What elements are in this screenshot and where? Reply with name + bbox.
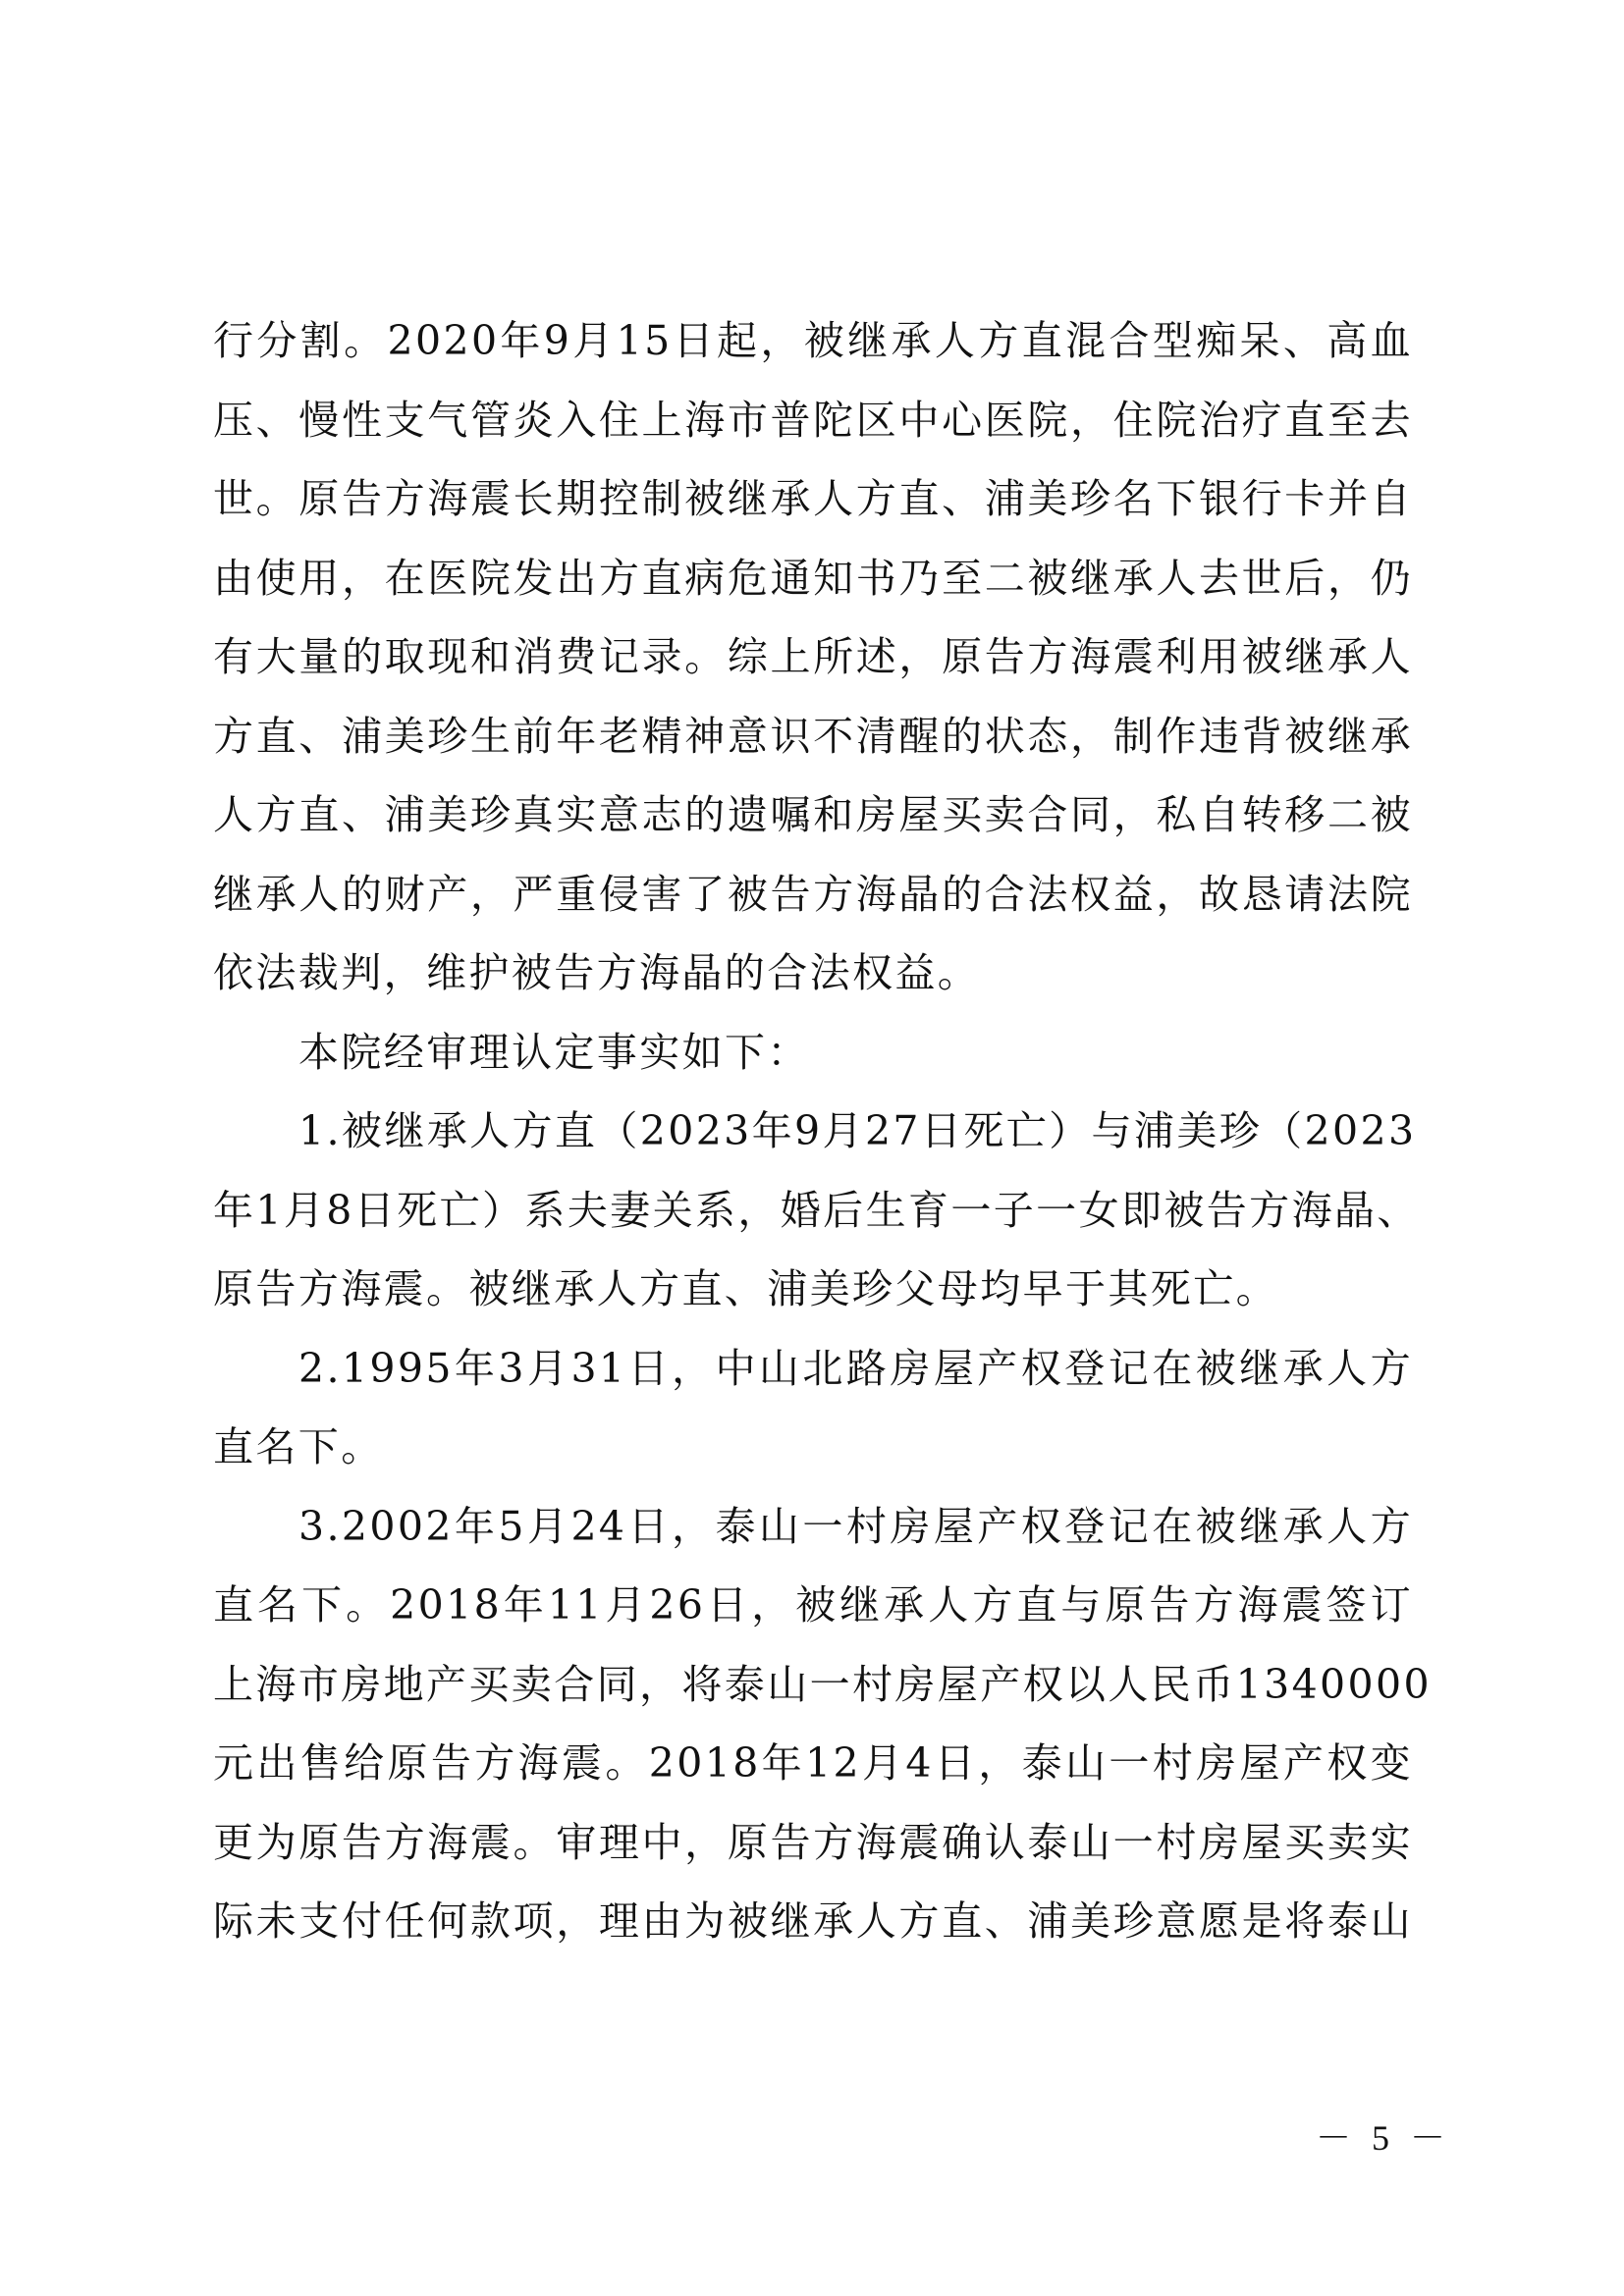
text-line: 由使用，在医院发出方直病危通知书乃至二被继承人去世后，仍 xyxy=(213,539,1413,618)
text-line: 依法裁判，维护被告方海晶的合法权益。 xyxy=(213,934,1413,1013)
finding-3-line: 更为原告方海震。审理中，原告方海震确认泰山一村房屋买卖实 xyxy=(213,1803,1413,1883)
text-line: 人方直、浦美珍真实意志的遗嘱和房屋买卖合同，私自转移二被 xyxy=(213,775,1413,855)
text-line: 行分割。2020年9月15日起，被继承人方直混合型痴呆、高血 xyxy=(213,301,1413,381)
finding-3-line: 上海市房地产买卖合同，将泰山一村房屋产权以人民币1340000 xyxy=(213,1645,1413,1725)
text-line: 压、慢性支气管炎入住上海市普陀区中心医院，住院治疗直至去 xyxy=(213,381,1413,460)
text-line: 有大量的取现和消费记录。综上所述，原告方海震利用被继承人 xyxy=(213,617,1413,697)
finding-3-line: 际未支付任何款项，理由为被继承人方直、浦美珍意愿是将泰山 xyxy=(213,1882,1413,1961)
finding-2-line: 2.1995年3月31日，中山北路房屋产权登记在被继承人方 xyxy=(213,1329,1413,1409)
document-page: 行分割。2020年9月15日起，被继承人方直混合型痴呆、高血 压、慢性支气管炎入… xyxy=(0,0,1624,2296)
finding-1-line: 1.被继承人方直（2023年9月27日死亡）与浦美珍（2023 xyxy=(213,1092,1413,1171)
text-line: 世。原告方海震长期控制被继承人方直、浦美珍名下银行卡并自 xyxy=(213,459,1413,539)
page-number: － 5 － xyxy=(1316,2110,1451,2161)
finding-1-line: 年1月8日死亡）系夫妻关系，婚后生育一子一女即被告方海晶、 xyxy=(213,1171,1413,1251)
text-line: 方直、浦美珍生前年老精神意识不清醒的状态，制作违背被继承 xyxy=(213,697,1413,776)
text-line: 继承人的财产，严重侵害了被告方海晶的合法权益，故恳请法院 xyxy=(213,855,1413,934)
finding-3-line: 直名下。2018年11月26日，被继承人方直与原告方海震签订 xyxy=(213,1566,1413,1645)
court-findings-heading: 本院经审理认定事实如下： xyxy=(213,1013,1413,1093)
finding-3-line: 3.2002年5月24日，泰山一村房屋产权登记在被继承人方 xyxy=(213,1487,1413,1567)
finding-1-line: 原告方海震。被继承人方直、浦美珍父母均早于其死亡。 xyxy=(213,1250,1413,1329)
finding-3-line: 元出售给原告方海震。2018年12月4日，泰山一村房屋产权变 xyxy=(213,1724,1413,1803)
finding-2-line: 直名下。 xyxy=(213,1408,1413,1487)
document-body: 行分割。2020年9月15日起，被继承人方直混合型痴呆、高血 压、慢性支气管炎入… xyxy=(213,301,1413,1961)
